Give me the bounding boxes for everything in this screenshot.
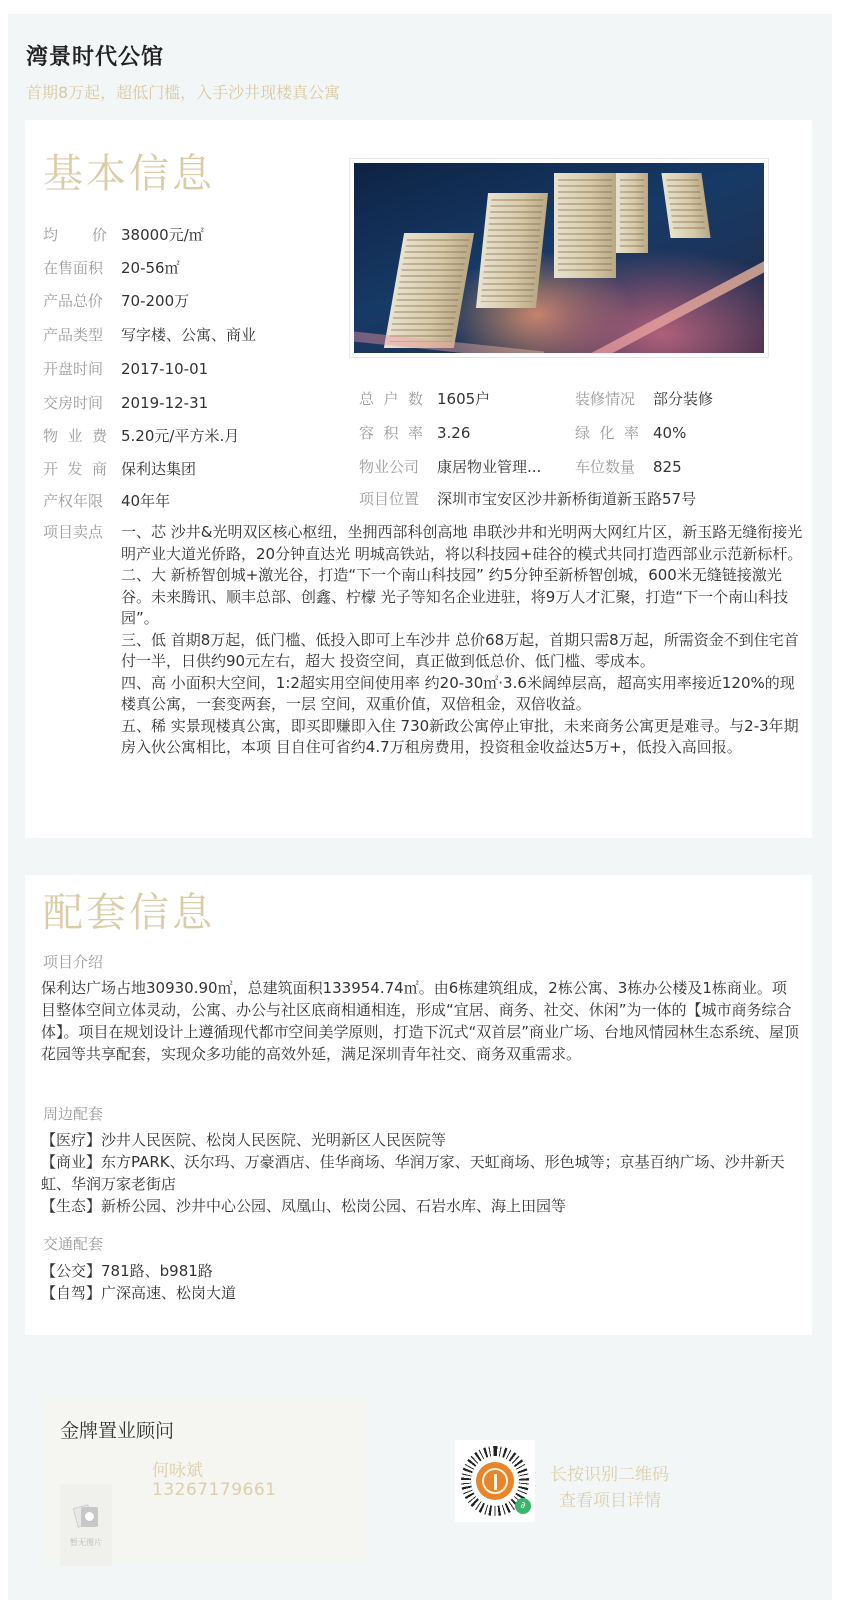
qr-hint-line2: 查看项目详情 (559, 1486, 661, 1511)
field-property-company: 物业公司康居物业管理... (359, 456, 541, 477)
intro-paragraph: 保利达广场占地30930.90㎡，总建筑面积133954.74㎡。由6栋建筑组成… (41, 977, 801, 1065)
transport-line-bus: 【公交】781路、b981路 (41, 1260, 801, 1282)
field-label: 项目位置 (359, 488, 437, 509)
field-value: 70-200万 (121, 292, 189, 310)
field-plot-ratio: 容积率3.26 (359, 422, 470, 443)
field-value: 2019-12-31 (121, 394, 208, 412)
field-parking: 车位数量825 (575, 456, 682, 477)
avatar-placeholder-text: 暂无图片 (70, 1537, 102, 1548)
field-label: 总户数 (359, 388, 423, 409)
field-total-price: 产品总价70-200万 (43, 290, 189, 311)
surrounding-line-medical: 【医疗】沙井人民医院、松岗人民医院、光明新区人民医院等 (41, 1129, 801, 1151)
section-title-basic: 基本信息 (43, 142, 215, 199)
field-avg-price: 均 价38000元/㎡ (43, 224, 204, 245)
field-product-type: 产品类型写字楼、公寓、商业 (43, 324, 256, 345)
field-property-fee: 物业费5.20元/平方米.月 (43, 425, 239, 446)
field-label: 车位数量 (575, 456, 653, 477)
selling-point-item: 二、大 新桥智创城+激光谷，打造“下一个南山科技园” 约5分钟至新桥智创城，60… (121, 565, 803, 630)
surrounding-line-commercial: 【商业】东方PARK、沃尔玛、万豪酒店、佳华商场、华润万家、天虹商场、形色城等；… (41, 1151, 801, 1195)
surrounding-line-ecology: 【生态】新桥公园、沙井中心公园、凤凰山、松岗公园、石岩水库、海上田园等 (41, 1195, 801, 1217)
field-value: 3.26 (437, 424, 470, 442)
field-developer: 开发商保利达集团 (43, 458, 196, 479)
field-value: 40% (653, 424, 686, 442)
field-value: 20-56㎡ (121, 259, 180, 277)
basic-info-card: 基本信息 均 价38000元/㎡ 在售面积20-56㎡ 产品总价70-200万 … (25, 120, 812, 838)
intro-heading: 项目介绍 (43, 951, 103, 972)
field-label: 物业公司 (359, 456, 437, 477)
field-label: 容积率 (359, 422, 423, 443)
field-label: 在售面积 (43, 257, 121, 278)
agent-section-title: 金牌置业顾问 (60, 1416, 174, 1443)
matching-info-card: 配套信息 项目介绍 保利达广场占地30930.90㎡，总建筑面积133954.7… (25, 875, 812, 1335)
project-subtitle: 首期8万起，超低门槛，入手沙井现楼真公寓 (26, 80, 340, 103)
field-green-rate: 绿化率40% (575, 422, 686, 443)
project-title: 湾景时代公馆 (26, 40, 164, 71)
field-value: 5.20元/平方米.月 (121, 427, 239, 445)
field-open-date: 开盘时间2017-10-01 (43, 358, 208, 379)
field-label: 物业费 (43, 425, 107, 446)
agent-phone-link[interactable]: 13267179661 (152, 1480, 276, 1500)
intro-text: 保利达广场占地30930.90㎡，总建筑面积133954.74㎡。由6栋建筑组成… (41, 977, 801, 1065)
field-value: 38000元/㎡ (121, 226, 204, 244)
field-label: 绿化率 (575, 422, 639, 443)
field-label: 交房时间 (43, 392, 121, 413)
transport-heading: 交通配套 (43, 1233, 103, 1254)
field-value: 保利达集团 (121, 460, 196, 478)
transport-line-drive: 【自驾】广深高速、松岗大道 (41, 1282, 801, 1304)
field-value: 康居物业管理... (437, 458, 541, 476)
selling-points-label: 项目卖点 (43, 522, 103, 544)
surroundings-list: 【医疗】沙井人民医院、松岗人民医院、光明新区人民医院等 【商业】东方PARK、沃… (41, 1129, 801, 1217)
building-render-image (354, 163, 764, 353)
field-label: 产品总价 (43, 290, 121, 311)
field-label: 装修情况 (575, 388, 653, 409)
field-value: 1605户 (437, 390, 490, 408)
surroundings-heading: 周边配套 (43, 1103, 103, 1124)
field-value: 深圳市宝安区沙井新桥街道新玉路57号 (437, 490, 696, 508)
field-households: 总户数1605户 (359, 388, 490, 409)
field-label: 开发商 (43, 458, 107, 479)
field-label: 开盘时间 (43, 358, 121, 379)
mini-program-badge-icon: ∂ (515, 1498, 531, 1514)
section-title-matching: 配套信息 (43, 881, 215, 938)
selling-point-item: 一、芯 沙井&光明双区核心枢纽，坐拥西部科创高地 串联沙井和光明两大网红片区，新… (121, 522, 803, 565)
field-value: 2017-10-01 (121, 360, 208, 378)
field-value: 写字楼、公寓、商业 (121, 326, 256, 344)
agent-card[interactable]: 金牌置业顾问 暂无图片 何咏斌 13267179661 (44, 1398, 366, 1564)
selling-point-item: 四、高 小面积大空间，1:2超实用空间使用率 约20-30㎡·3.6米阔绰层高，… (121, 673, 803, 716)
field-value: 部分装修 (653, 390, 713, 408)
image-placeholder-icon (73, 1503, 99, 1529)
field-location: 项目位置深圳市宝安区沙井新桥街道新玉路57号 (359, 488, 696, 509)
field-delivery-date: 交房时间2019-12-31 (43, 392, 208, 413)
field-property-term: 产权年限40年年 (43, 490, 170, 511)
field-label: 产品类型 (43, 324, 121, 345)
avatar: 暂无图片 (60, 1484, 112, 1566)
mini-program-qr-code[interactable]: ∂ (455, 1440, 535, 1522)
transport-list: 【公交】781路、b981路 【自驾】广深高速、松岗大道 (41, 1260, 801, 1304)
field-decoration: 装修情况部分装修 (575, 388, 713, 409)
field-value: 40年年 (121, 492, 170, 510)
brand-logo-icon (476, 1462, 514, 1500)
project-photo[interactable] (349, 158, 769, 358)
selling-points: 项目卖点 一、芯 沙井&光明双区核心枢纽，坐拥西部科创高地 串联沙井和光明两大网… (43, 522, 803, 759)
selling-point-item: 三、低 首期8万起，低门槛、低投入即可上车沙井 总价68万起，首期只需8万起，所… (121, 630, 803, 673)
field-sale-area: 在售面积20-56㎡ (43, 257, 180, 278)
field-label: 均 价 (43, 224, 107, 245)
field-label: 产权年限 (43, 490, 121, 511)
agent-name: 何咏斌 (152, 1456, 203, 1481)
field-value: 825 (653, 458, 682, 476)
selling-point-item: 五、稀 实景现楼真公寓，即买即赚即入住 730新政公寓停止审批，未来商务公寓更是… (121, 716, 803, 759)
qr-hint-line1: 长按识别二维码 (550, 1460, 669, 1485)
